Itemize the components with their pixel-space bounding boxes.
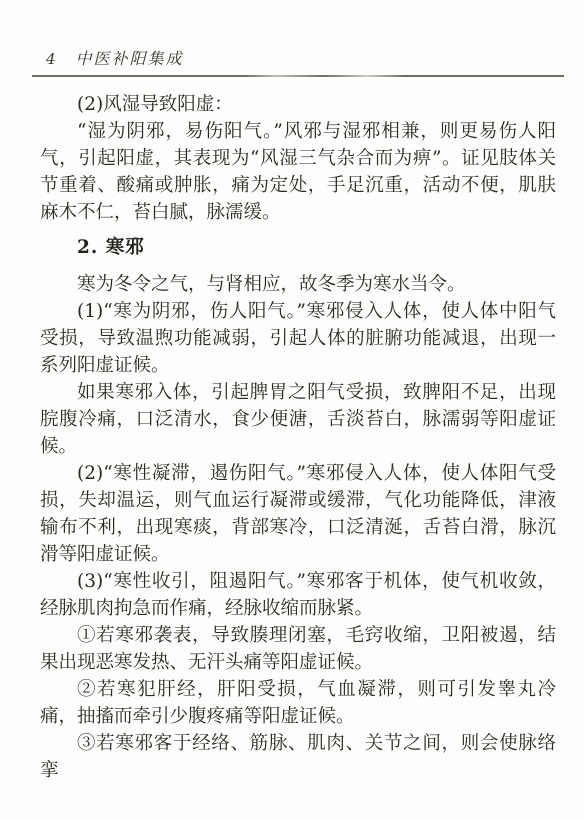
page-number: 4	[46, 50, 56, 68]
paragraph: “湿为阴邪，易伤阳气。”风邪与湿邪相兼，则更易伤人阳气，引起阳虚，其表现为“风湿…	[40, 118, 556, 226]
paragraph: (3)“寒性收引，阻遏阳气。”寒邪客于机体，使气机收敛，经脉肌肉拘急而作痛，经脉…	[40, 568, 556, 622]
paragraph: 寒为冬令之气，与肾相应，故冬季为寒水当令。	[40, 271, 556, 298]
paragraph: (2)风湿导致阳虚：	[40, 91, 556, 118]
section-heading: 2. 寒邪	[40, 234, 556, 261]
paragraph: (1)“寒为阴邪，伤人阳气。”寒邪侵入人体，使人体中阳气受损，导致温煦功能减弱，…	[40, 298, 556, 379]
paragraph: ③若寒邪客于经络、筋脉、肌肉、关节之间，则会使脉络挛	[40, 730, 556, 784]
paragraph: 如果寒邪入体，引起脾胃之阳气受损，致脾阳不足，出现脘腹冷痛，口泛清水，食少便溏，…	[40, 379, 556, 460]
running-head: 4 中医补阳集成	[46, 46, 556, 69]
header-rule	[32, 75, 564, 77]
paragraph: ②若寒犯肝经，肝阳受损，气血凝滞，则可引发睾丸冷痛，抽搐而牵引少腹疼痛等阳虚证候…	[40, 676, 556, 730]
paragraph: (2)“寒性凝滞，遏伤阳气。”寒邪侵入人体，使人体阳气受损，失却温运，则气血运行…	[40, 460, 556, 568]
book-page: 4 中医补阳集成 (2)风湿导致阳虚： “湿为阴邪，易伤阳气。”风邪与湿邪相兼，…	[0, 0, 584, 820]
book-title: 中医补阳集成	[76, 46, 184, 69]
paragraph: ①若寒邪袭表，导致腠理闭塞，毛窍收缩，卫阳被遏，结果出现恶寒发热、无汗头痛等阳虚…	[40, 622, 556, 676]
page-body-text: (2)风湿导致阳虚： “湿为阴邪，易伤阳气。”风邪与湿邪相兼，则更易伤人阳气，引…	[40, 91, 556, 784]
